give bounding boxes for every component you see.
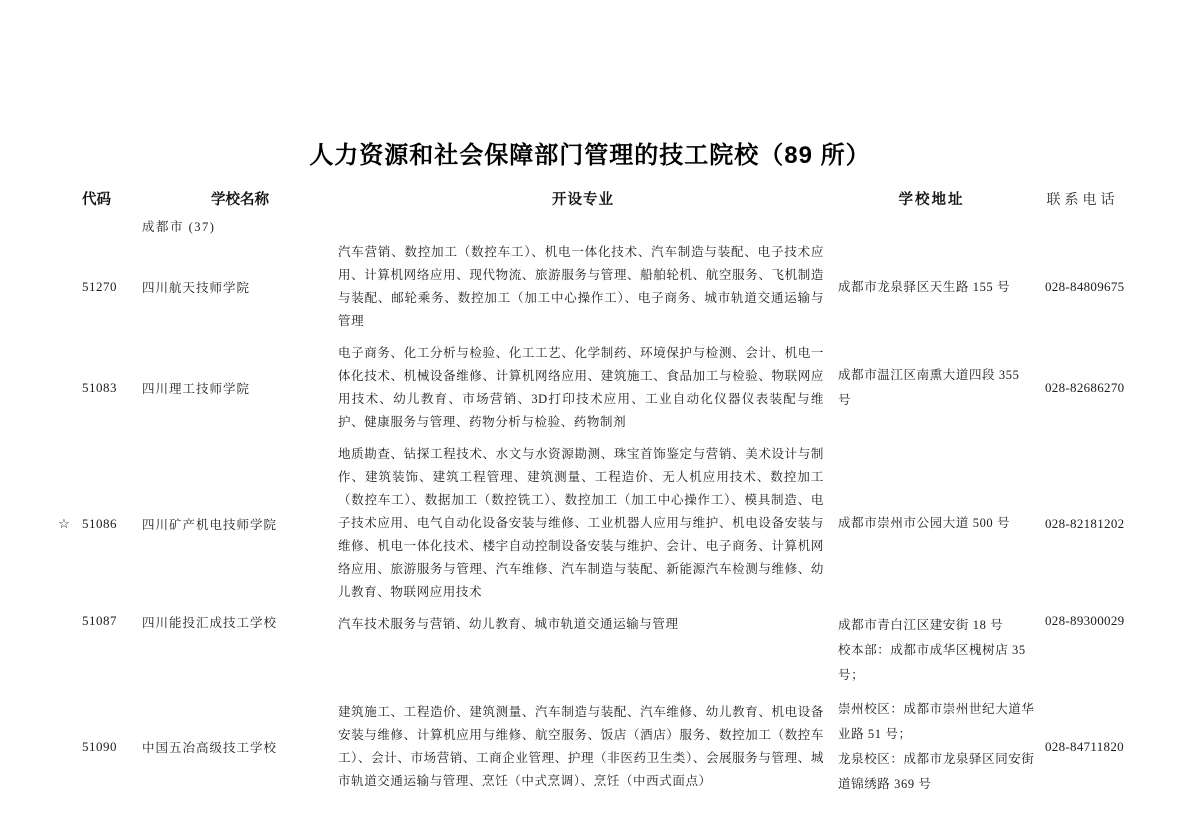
address-cell: 成都市青白江区建安街 18 号 校本部：成都市成华区槐树店 35 号； (828, 613, 1035, 688)
address-cell: 成都市崇州市公园大道 500 号 (828, 511, 1035, 536)
address-cell: 成都市龙泉驿区天生路 155 号 (828, 275, 1035, 300)
star-icon: ☆ (50, 516, 78, 532)
document-page: 人力资源和社会保障部门管理的技工院校（89 所） 代码 学校名称 开设专业 学校… (0, 0, 1180, 835)
majors-cell: 汽车营销、数控加工（数控车工）、机电一体化技术、汽车制造与装配、电子技术应用、计… (338, 241, 828, 333)
code-cell: 51083 (78, 380, 142, 396)
header-address: 学校地址 (828, 188, 1035, 209)
code-cell: 51087 (78, 613, 142, 629)
majors-cell: 地质勘查、钻探工程技术、水文与水资源勘测、珠宝首饰鉴定与营销、美术设计与制作、建… (338, 443, 828, 604)
table-header-row: 代码 学校名称 开设专业 学校地址 联系电话 (50, 188, 1130, 209)
school-name-cell: 四川理工技师学院 (142, 379, 338, 397)
address-cell: 成都市温江区南熏大道四段 355 号 (828, 363, 1035, 413)
section-label-city: 成都市 (37) (50, 217, 1130, 235)
majors-cell: 汽车技术服务与营销、幼儿教育、城市轨道交通运输与管理 (338, 613, 828, 636)
header-school-name: 学校名称 (142, 188, 338, 209)
code-cell: 51090 (78, 739, 142, 755)
majors-cell: 电子商务、化工分析与检验、化工工艺、化学制药、环境保护与检测、会计、机电一体化技… (338, 342, 828, 434)
majors-cell: 建筑施工、工程造价、建筑测量、汽车制造与装配、汽车维修、幼儿教育、机电设备安装与… (338, 701, 828, 793)
table-row: 51083 四川理工技师学院 电子商务、化工分析与检验、化工工艺、化学制药、环境… (50, 342, 1130, 434)
header-code: 代码 (78, 188, 142, 209)
phone-cell: 028-84809675 (1035, 279, 1130, 295)
table-row: ☆ 51086 四川矿产机电技师学院 地质勘查、钻探工程技术、水文与水资源勘测、… (50, 443, 1130, 604)
table-row: 51090 中国五冶高级技工学校 建筑施工、工程造价、建筑测量、汽车制造与装配、… (50, 697, 1130, 797)
phone-cell: 028-89300029 (1035, 613, 1130, 629)
table-row: 51270 四川航天技师学院 汽车营销、数控加工（数控车工）、机电一体化技术、汽… (50, 241, 1130, 333)
school-name-cell: 四川矿产机电技师学院 (142, 515, 338, 533)
school-name-cell: 四川航天技师学院 (142, 278, 338, 296)
school-name-cell: 中国五冶高级技工学校 (142, 738, 338, 756)
phone-cell: 028-82181202 (1035, 516, 1130, 532)
header-phone: 联系电话 (1035, 189, 1130, 209)
phone-cell: 028-82686270 (1035, 380, 1130, 396)
phone-cell: 028-84711820 (1035, 739, 1130, 755)
table-row: 51087 四川能投汇成技工学校 汽车技术服务与营销、幼儿教育、城市轨道交通运输… (50, 613, 1130, 688)
code-cell: 51086 (78, 516, 142, 532)
school-name-cell: 四川能投汇成技工学校 (142, 613, 338, 631)
header-majors: 开设专业 (338, 188, 828, 209)
address-cell: 崇州校区：成都市崇州世纪大道华业路 51 号； 龙泉校区：成都市龙泉驿区同安街道… (828, 697, 1035, 797)
code-cell: 51270 (78, 279, 142, 295)
page-title: 人力资源和社会保障部门管理的技工院校（89 所） (50, 135, 1130, 170)
